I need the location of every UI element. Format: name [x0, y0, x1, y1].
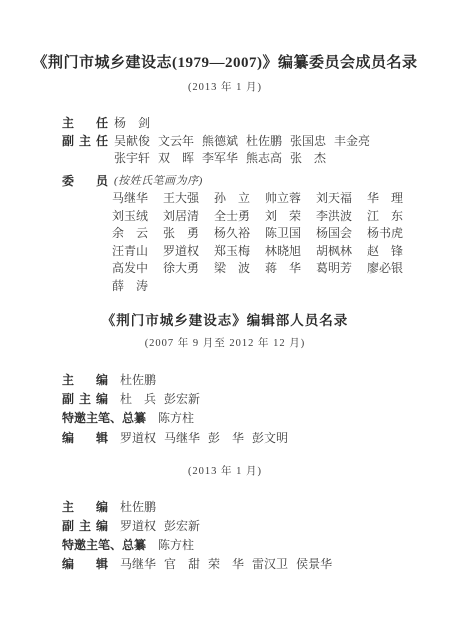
editorial-dept-2007-section: 主编 杜佐鹏 副主编 杜 兵彭宏新 特邀主笔、总纂 陈方柱 编辑 罗道权马继华彭…: [62, 371, 450, 448]
person-name: 余 云: [112, 225, 149, 243]
person-name: 王大强: [163, 190, 200, 208]
name-list: 陈方柱: [158, 536, 194, 555]
row-members-header: 委员 (按姓氏笔画为序): [62, 173, 450, 191]
role-label-members: 委员: [62, 173, 108, 191]
role-label-director: 主任: [62, 115, 108, 133]
person-name: 梁 波: [214, 260, 251, 278]
person-name: 杜 兵: [120, 390, 156, 409]
row-invited-writer: 特邀主笔、总纂 陈方柱: [62, 536, 450, 555]
name-list: 杨 剑: [114, 115, 372, 133]
role-label-chief-editor: 主编: [62, 498, 108, 517]
person-name: 丰金亮: [334, 133, 371, 151]
person-name: 杨久裕: [214, 225, 251, 243]
editorial-dept-2013-section: 主编 杜佐鹏 副主编 罗道权彭宏新 特邀主笔、总纂 陈方柱 编辑 马继华官 甜荣…: [62, 498, 450, 575]
role-label-editors: 编辑: [62, 429, 108, 448]
person-name: 华 理: [367, 190, 404, 208]
person-name: 刘玉绒: [112, 208, 149, 226]
person-name: 廖必银: [367, 260, 404, 278]
person-name: 徐大勇: [163, 260, 200, 278]
person-name: 杨书虎: [367, 225, 404, 243]
person-name: 文云年: [158, 133, 195, 151]
row-deputy-editors: 副主编 杜 兵彭宏新: [62, 390, 450, 409]
date-line-1: (2013 年 1 月): [0, 81, 450, 94]
person-name: 罗道权: [163, 243, 200, 261]
person-name: 彭宏新: [164, 517, 200, 536]
person-name: 张 杰: [290, 150, 327, 168]
person-name: 彭文明: [252, 429, 288, 448]
role-label-editors: 编辑: [62, 555, 108, 574]
person-name: 高发中: [112, 260, 149, 278]
person-name: 熊志高: [246, 150, 283, 168]
name-list: 陈方柱: [158, 409, 194, 428]
person-name: 陈卫国: [265, 225, 302, 243]
person-name: 双 晖: [158, 150, 195, 168]
person-name: 胡枫林: [316, 243, 353, 261]
person-name: 马继华: [112, 190, 149, 208]
name-list: 杜 兵彭宏新: [120, 390, 200, 409]
name-list: 吴献俊文云年熊德斌杜佐鹏张国忠丰金亮张宇轩双 晖李军华熊志高张 杰: [114, 133, 372, 168]
person-name: 马继华: [120, 555, 156, 574]
row-director: 主任 杨 剑: [62, 115, 450, 133]
role-label-invited-writer: 特邀主笔、总纂: [62, 409, 146, 428]
person-name: 杜佐鹏: [246, 133, 283, 151]
person-name: 彭宏新: [164, 390, 200, 409]
role-label-deputy-editor: 副主编: [62, 517, 108, 536]
role-label-deputy-editor: 副主编: [62, 390, 108, 409]
person-name: 张宇轩: [114, 150, 151, 168]
person-name: 陈方柱: [158, 409, 194, 428]
role-label-invited-writer: 特邀主笔、总纂: [62, 536, 146, 555]
row-deputy-editors: 副主编 罗道权彭宏新: [62, 517, 450, 536]
person-name: 葛明芳: [316, 260, 353, 278]
person-name: 杜佐鹏: [120, 371, 156, 390]
document-page: 《荆门市城乡建设志(1979—2007)》编纂委员会成员名录 (2013 年 1…: [0, 0, 450, 619]
person-name: 全士勇: [214, 208, 251, 226]
person-name: 杜佐鹏: [120, 498, 156, 517]
person-name: 张 勇: [163, 225, 200, 243]
person-name: 吴献俊: [114, 133, 151, 151]
role-label-vice-director: 副主任: [62, 133, 108, 151]
row-editors: 编辑 马继华官 甜荣 华雷汉卫侯景华: [62, 555, 450, 574]
name-list: 罗道权马继华彭 华彭文明: [120, 429, 288, 448]
person-name: 刘居清: [163, 208, 200, 226]
person-name: 赵 锋: [367, 243, 404, 261]
person-name: 张国忠: [290, 133, 327, 151]
person-name: 荣 华: [208, 555, 244, 574]
person-name: 李军华: [202, 150, 239, 168]
person-name: 郑玉梅: [214, 243, 251, 261]
person-name: 彭 华: [208, 429, 244, 448]
person-name: 罗道权: [120, 517, 156, 536]
date-line-3: (2013 年 1 月): [0, 465, 450, 478]
name-list: 杜佐鹏: [120, 498, 156, 517]
role-label-chief-editor: 主编: [62, 371, 108, 390]
row-invited-writer: 特邀主笔、总纂 陈方柱: [62, 409, 450, 428]
row-chief-editor: 主编 杜佐鹏: [62, 498, 450, 517]
person-name: 陈方柱: [158, 536, 194, 555]
row-vice-directors: 副主任 吴献俊文云年熊德斌杜佐鹏张国忠丰金亮张宇轩双 晖李军华熊志高张 杰: [62, 133, 450, 168]
person-name: 李洪波: [316, 208, 353, 226]
person-name: 江 东: [367, 208, 404, 226]
sort-order-note: (按姓氏笔画为序): [114, 173, 203, 191]
person-name: 孙 立: [214, 190, 251, 208]
name-list: 杜佐鹏: [120, 371, 156, 390]
date-line-2: (2007 年 9 月至 2012 年 12 月): [0, 337, 450, 350]
person-name: 侯景华: [296, 555, 332, 574]
person-name: 官 甜: [164, 555, 200, 574]
person-name: 雷汉卫: [252, 555, 288, 574]
person-name: 林晓旭: [265, 243, 302, 261]
person-name: 刘 荣: [265, 208, 302, 226]
compilation-committee-section: 主任 杨 剑 副主任 吴献俊文云年熊德斌杜佐鹏张国忠丰金亮张宇轩双 晖李军华熊志…: [62, 115, 450, 190]
person-name: 杨国会: [316, 225, 353, 243]
person-name: 熊德斌: [202, 133, 239, 151]
name-list: 马继华官 甜荣 华雷汉卫侯景华: [120, 555, 332, 574]
row-editors: 编辑 罗道权马继华彭 华彭文明: [62, 429, 450, 448]
page-title-2: 《荆门市城乡建设志》编辑部人员名录: [0, 312, 450, 330]
person-name: 蒋 华: [265, 260, 302, 278]
person-name: 刘天福: [316, 190, 353, 208]
committee-member-grid: 马继华王大强孙 立帅立蓉刘天福华 理刘玉绒刘居清全士勇刘 荣李洪波江 东余 云张…: [112, 190, 408, 295]
row-chief-editor: 主编 杜佐鹏: [62, 371, 450, 390]
name-list: 罗道权彭宏新: [120, 517, 200, 536]
person-name: 马继华: [164, 429, 200, 448]
person-name: 杨 剑: [114, 115, 151, 133]
person-name: 帅立蓉: [265, 190, 302, 208]
person-name: 汪青山: [112, 243, 149, 261]
person-name: 罗道权: [120, 429, 156, 448]
page-title: 《荆门市城乡建设志(1979—2007)》编纂委员会成员名录: [0, 0, 450, 72]
person-name: 薛 涛: [112, 278, 149, 296]
